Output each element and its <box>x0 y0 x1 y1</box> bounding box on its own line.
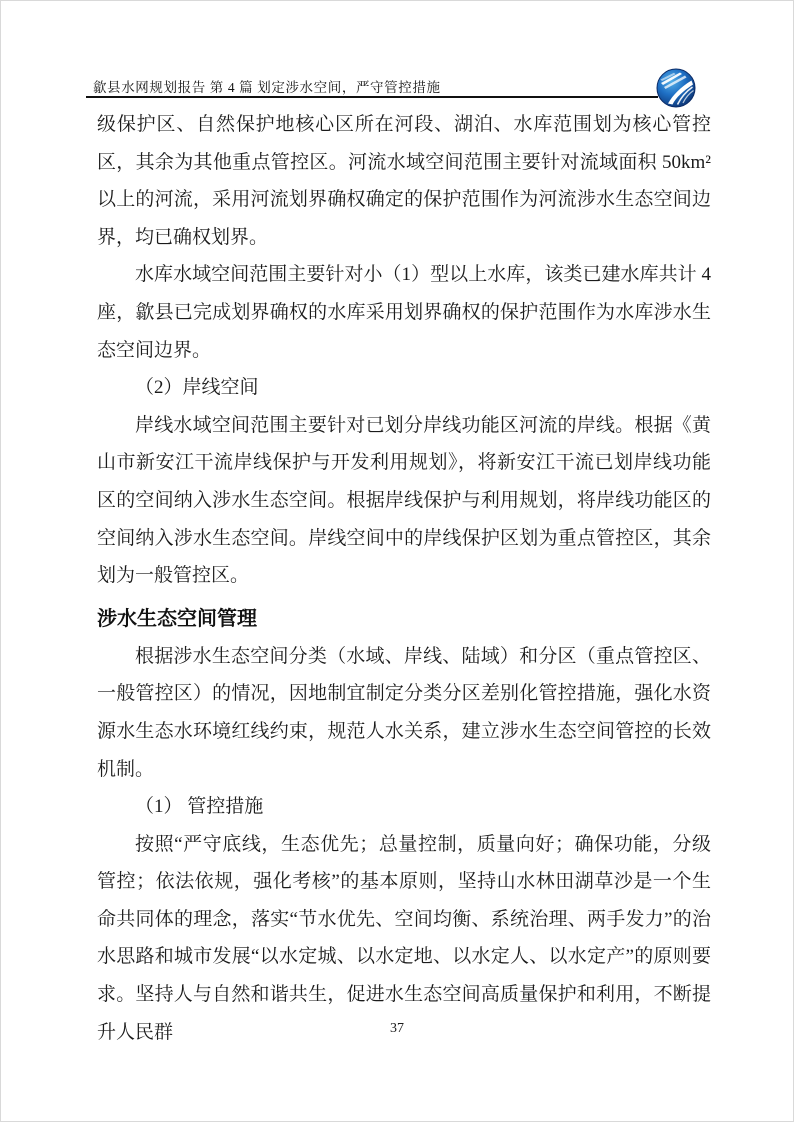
page-number: 37 <box>390 1021 404 1036</box>
paragraph-control-measures-body: 按照“严守底线，生态优先；总量控制，质量向好；确保功能，分级管控；依法依规，强化… <box>97 826 711 1052</box>
document-page: 歙县水网规划报告 第 4 篇 划定涉水空间，严守管控措施 级保护区、自然保护地核… <box>0 0 794 1122</box>
page-footer: 37 <box>1 1019 793 1037</box>
document-body: 级保护区、自然保护地核心区所在河段、湖泊、水库范围划为核心管控区，其余为其他重点… <box>97 106 711 1051</box>
paragraph-control-measures-title: （1） 管控措施 <box>97 788 711 826</box>
paragraph-continued: 级保护区、自然保护地核心区所在河段、湖泊、水库范围划为核心管控区，其余为其他重点… <box>97 106 711 256</box>
paragraph-shoreline-space: 岸线水域空间范围主要针对已划分岸线功能区河流的岸线。根据《黄山市新安江干流岸线保… <box>97 407 711 595</box>
header-title: 歙县水网规划报告 第 4 篇 划定涉水空间，严守管控措施 <box>93 76 441 96</box>
paragraph-reservoir-space: 水库水域空间范围主要针对小（1）型以上水库，该类已建水库共计 4 座，歙县已完成… <box>97 256 711 369</box>
water-network-globe-logo-icon <box>656 68 696 108</box>
paragraph-management-overview: 根据涉水生态空间分类（水域、岸线、陆域）和分区（重点管控区、一般管控区）的情况，… <box>97 638 711 788</box>
header-rule <box>86 96 658 98</box>
section-heading: 涉水生态空间管理 <box>97 600 711 638</box>
paragraph-shoreline-title: （2）岸线空间 <box>97 369 711 407</box>
